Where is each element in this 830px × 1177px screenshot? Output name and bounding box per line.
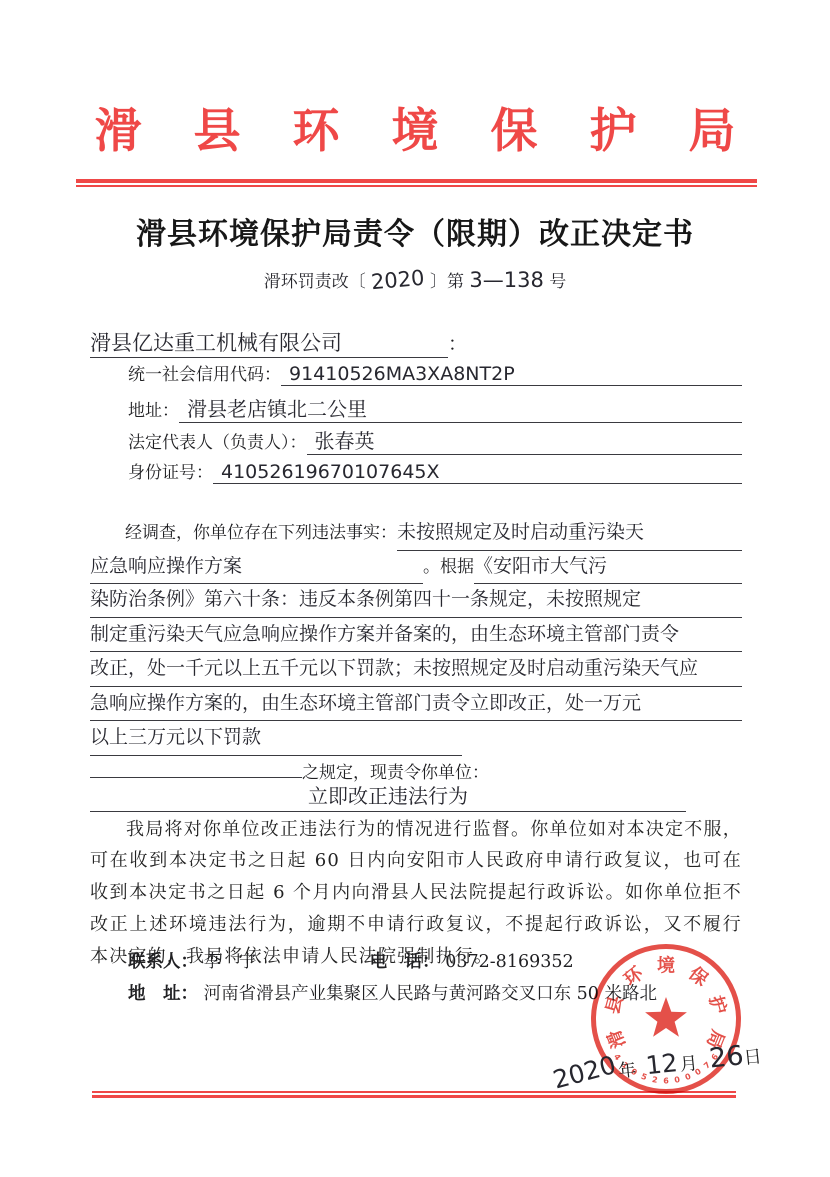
body-block: 经调查，你单位存在下列违法事实： 未按照规定及时启动重污染天 应急响应操作方案 … — [90, 516, 742, 972]
facts-handwritten-1: 未按照规定及时启动重污染天 — [397, 516, 742, 551]
order-connector: 之规定，现责令你单位： — [302, 758, 489, 783]
order-content-row: 立即改正违法行为 — [90, 781, 742, 811]
basis-connector: 。根据 — [423, 552, 474, 577]
basis-handwritten-line: 染防治条例》第六十条：违反本条例第四十一条规定，未按照规定 — [90, 583, 742, 618]
address-row: 地址： 滑县老店镇北二公里 — [90, 393, 742, 426]
seal-character: 保 — [685, 962, 713, 990]
letterhead-double-rule — [76, 179, 757, 187]
date-day-unit: 日 — [742, 1042, 763, 1070]
credit-code-value-handwritten: 91410526MA3XA8NT2P — [281, 363, 742, 386]
company-row: 滑县亿达重工机械有限公司 ： — [90, 327, 742, 360]
date-day-handwritten: 26 — [708, 1040, 745, 1074]
doc-number-prefix: 滑环罚责改〔 — [264, 272, 366, 292]
contact-phone-label: 电 话： — [370, 952, 440, 972]
doc-number-year-handwritten: 2020 — [370, 266, 425, 295]
order-connector-row: 之规定，现责令你单位： — [90, 755, 742, 781]
seal-character: 护 — [705, 993, 731, 1016]
address-label: 地址： — [128, 396, 179, 421]
seal-character: 境 — [657, 955, 675, 977]
basis-handwritten-line: 急响应操作方案的，由生态环境主管部门责令立即改正，处一万元 — [90, 687, 742, 722]
letterhead-title: 滑县环境保护局 — [0, 94, 830, 161]
company-colon: ： — [448, 329, 467, 356]
facts-basis-row: 应急响应操作方案 。根据 《安阳市大气污 — [90, 550, 742, 584]
basis-handwritten-start: 《安阳市大气污 — [474, 550, 742, 585]
contact-address-label: 地 址： — [128, 984, 198, 1004]
contact-phone: 0372-8169352 — [445, 952, 573, 972]
basis-handwritten-last: 以上三万元以下罚款 — [90, 721, 462, 756]
date-month-unit: 月 — [678, 1049, 699, 1077]
document-number: 滑环罚责改〔 2020 〕第 3—138 号 — [0, 267, 830, 292]
basis-handwritten-line: 改正，处一千元以上五千元以下罚款；未按照规定及时启动重污染天气应 — [90, 652, 742, 687]
id-number-value-handwritten: 41052619670107645X — [213, 461, 742, 484]
id-number-row: 身份证号： 41052619670107645X — [90, 458, 742, 491]
credit-code-label: 统一社会信用代码： — [128, 360, 281, 385]
seal-character: 滑 — [603, 1026, 630, 1051]
legal-rep-value-handwritten: 张春英 — [307, 425, 743, 455]
facts-label: 经调查，你单位存在下列违法事实： — [90, 518, 397, 543]
basis-handwritten-line: 制定重污染天气应急响应操作方案并备案的，由生态环境主管部门责令 — [90, 618, 742, 653]
contact-person-label: 联系人： — [128, 952, 198, 972]
seal-character: 县 — [602, 994, 627, 1017]
doc-number-mid: 〕第 — [430, 272, 464, 292]
scanned-document-page: 滑县环境保护局 滑县环境保护局责令（限期）改正决定书 滑环罚责改〔 2020 〕… — [0, 0, 830, 1177]
facts-handwritten-2: 应急响应操作方案 — [90, 550, 423, 585]
credit-code-row: 统一社会信用代码： 91410526MA3XA8NT2P — [90, 360, 742, 393]
company-name-handwritten: 滑县亿达重工机械有限公司 — [90, 327, 448, 358]
address-value-handwritten: 滑县老店镇北二公里 — [179, 393, 742, 423]
contact-person: 李 宁 — [204, 952, 257, 972]
legal-rep-row: 法定代表人（负责人）： 张春英 — [90, 425, 742, 458]
id-number-label: 身份证号： — [128, 458, 213, 483]
rule-thin-bar — [76, 185, 757, 187]
doc-number-suffix: 号 — [549, 272, 566, 292]
document-title: 滑县环境保护局责令（限期）改正决定书 — [0, 209, 830, 253]
order-content-handwritten: 立即改正违法行为 — [90, 781, 686, 812]
facts-row: 经调查，你单位存在下列违法事实： 未按照规定及时启动重污染天 — [90, 516, 742, 550]
recipient-block: 滑县亿达重工机械有限公司 ： 统一社会信用代码： 91410526MA3XA8N… — [90, 327, 742, 491]
date-year-unit: 年 — [617, 1055, 638, 1083]
legal-rep-label: 法定代表人（负责人）： — [128, 428, 307, 453]
star-icon — [645, 997, 687, 1037]
date-month-handwritten: 12 — [644, 1048, 679, 1080]
seal-character: 环 — [620, 962, 648, 990]
blank-underline — [90, 755, 302, 778]
doc-number-value-handwritten: 3—138 — [469, 268, 543, 292]
basis-last-row: 以上三万元以下罚款 — [90, 721, 742, 755]
